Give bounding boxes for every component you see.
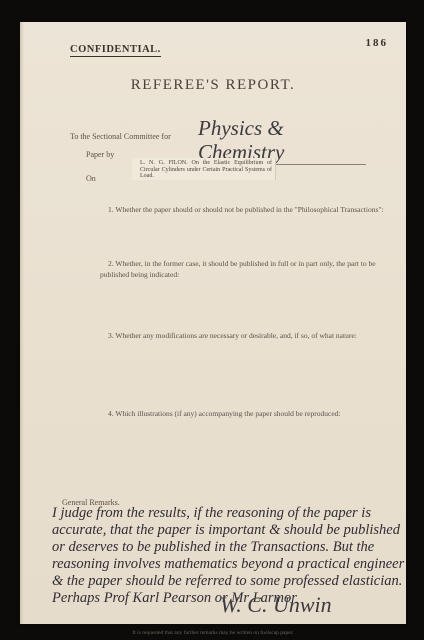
referee-signature: W. C. Unwin — [220, 592, 332, 618]
footer-note: It is requested that any further remarks… — [20, 630, 406, 636]
question-4: 4. Which illustrations (if any) accompan… — [100, 408, 390, 419]
page-number: 186 — [366, 37, 389, 49]
paper-by-label: Paper by — [86, 150, 114, 159]
confidential-label: CONFIDENTIAL. — [70, 44, 161, 57]
paper-title-slip: L. N. G. FILON. On the Elastic Equilibri… — [132, 158, 276, 180]
question-1: 1. Whether the paper should or should no… — [100, 204, 390, 215]
question-3: 3. Whether any modifications are necessa… — [100, 330, 390, 341]
referee-report-page: CONFIDENTIAL. 186 REFEREE'S REPORT. To t… — [20, 22, 406, 624]
on-label: On — [86, 174, 96, 183]
page-title: REFEREE'S REPORT. — [20, 77, 406, 94]
question-2: 2. Whether, in the former case, it shoul… — [100, 258, 390, 280]
committee-label: To the Sectional Committee for — [70, 132, 171, 141]
